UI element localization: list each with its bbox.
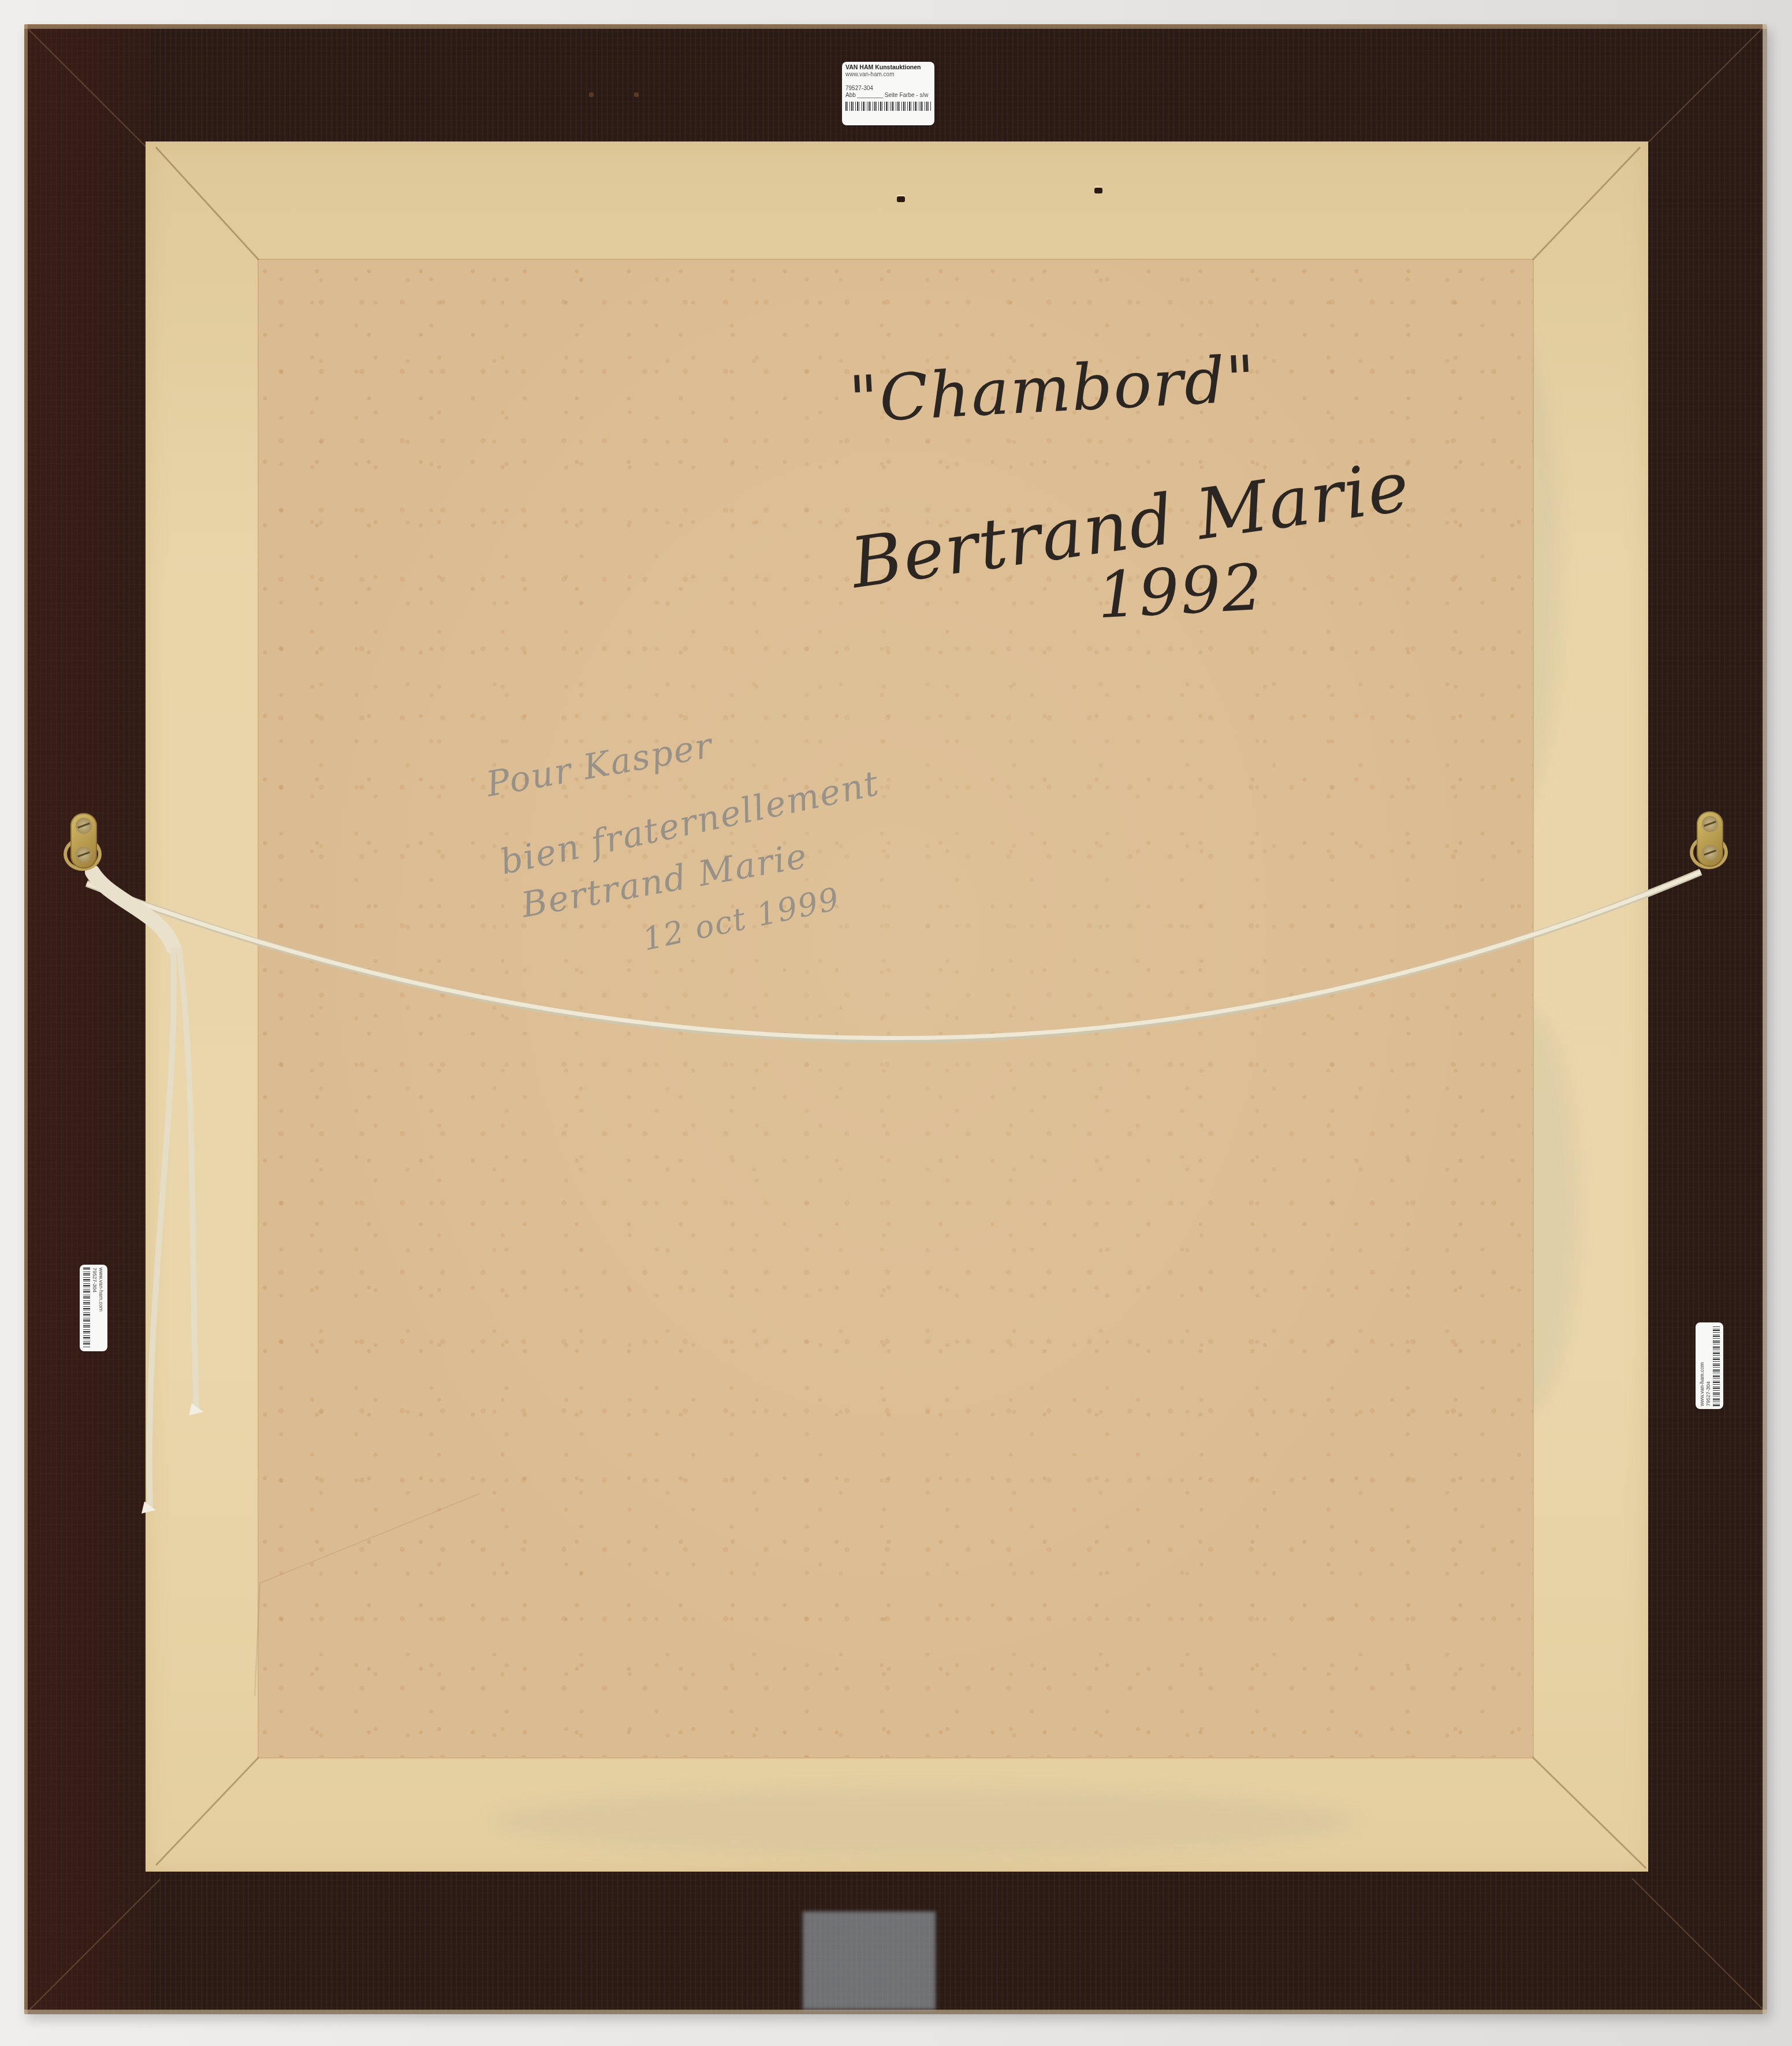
inscription-year: 1992 <box>1096 550 1265 633</box>
label-lot-code: 79527-304 <box>1705 1325 1712 1406</box>
label-url: www.van-ham.com <box>1699 1325 1705 1406</box>
tape-tear <box>897 196 905 202</box>
tape-tear <box>1094 188 1102 193</box>
barcode <box>83 1268 90 1348</box>
nail-hole <box>634 92 639 97</box>
frame-edge-top <box>24 24 1767 29</box>
d-ring-hanger-left <box>65 813 103 871</box>
paint-scuff <box>803 1911 936 2010</box>
label-lot-code: 79527-304 <box>845 85 931 92</box>
auction-label-right: www.van-ham.com 79527-304 <box>1696 1322 1723 1409</box>
frame-edge-bottom <box>24 2010 1767 2014</box>
label-company: VAN HAM Kunstauktionen <box>845 64 931 72</box>
label-url: www.van-ham.com <box>98 1268 104 1348</box>
frame-edge-left <box>24 24 28 2014</box>
label-url: www.van-ham.com <box>845 72 931 79</box>
nail-hole <box>589 92 594 97</box>
label-lot-code: 79527-304 <box>91 1268 98 1348</box>
barcode <box>845 102 931 111</box>
auction-label-left: www.van-ham.com 79527-304 <box>80 1265 107 1351</box>
label-abb-line: Abb ________ Seite Farbe - s/w <box>845 92 931 99</box>
tape-stain <box>492 1787 1358 1857</box>
barcode <box>1713 1325 1720 1406</box>
auction-label-top: VAN HAM Kunstauktionen www.van-ham.com 7… <box>842 62 934 125</box>
d-ring-hanger-right <box>1691 811 1729 869</box>
frame-edge-right <box>1763 24 1767 2014</box>
frame-left-rail-shade <box>24 24 151 2014</box>
